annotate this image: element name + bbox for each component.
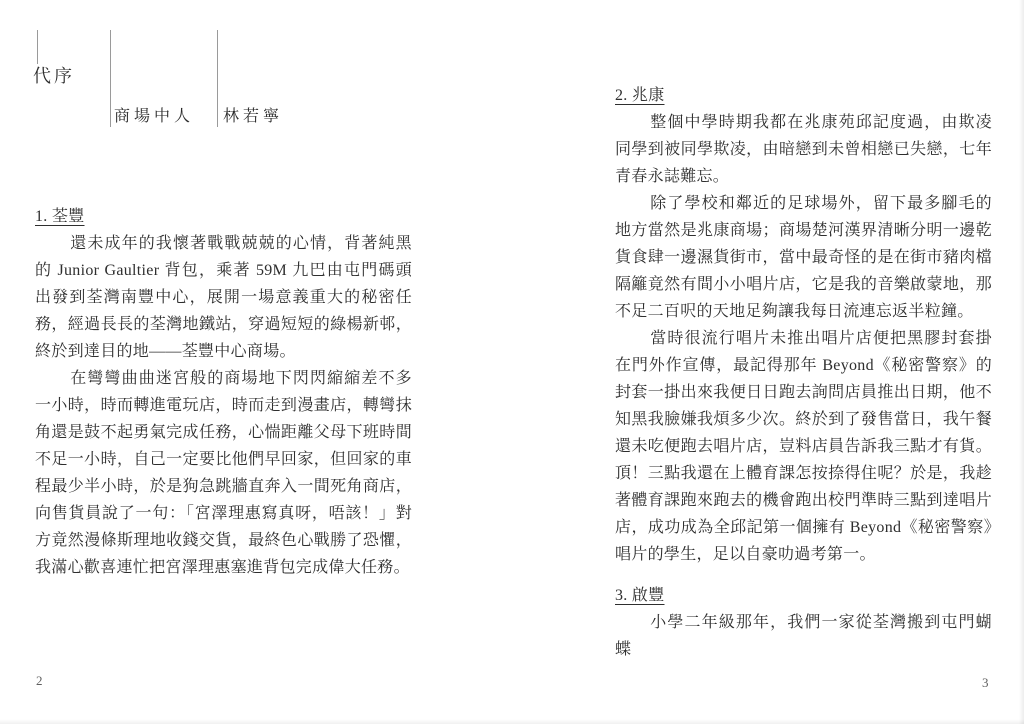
left-page-body: 1. 荃豐 還未成年的我懷著戰戰兢兢的心情，背著純黑的 Junior Gault… — [35, 203, 412, 581]
header-rule-2 — [110, 30, 111, 127]
preface-label: 代序 — [33, 62, 75, 88]
author-name: 林若寧 — [223, 103, 283, 126]
paragraph: 除了學校和鄰近的足球場外，留下最多腳毛的地方當然是兆康商場；商場楚河漢界清晰分明… — [615, 190, 992, 325]
scan-edge-right — [1019, 0, 1024, 724]
paragraph: 當時很流行唱片未推出唱片店便把黑膠封套掛在門外作宣傳，最記得那年 Beyond《… — [615, 325, 992, 568]
section-heading-1: 1. 荃豐 — [35, 203, 412, 230]
paragraph: 在彎彎曲曲迷宮般的商場地下閃閃縮縮差不多一小時，時而轉進電玩店，時而走到漫畫店，… — [35, 365, 412, 581]
paragraph: 整個中學時期我都在兆康苑邱記度過，由欺凌同學到被同學欺凌，由暗戀到未曾相戀已失戀… — [615, 109, 992, 190]
section-heading-2: 2. 兆康 — [615, 82, 992, 109]
section-heading-3: 3. 啟豐 — [615, 582, 992, 609]
header-rule-1 — [37, 30, 38, 64]
paragraph: 小學二年級那年，我們一家從荃灣搬到屯門蝴蝶 — [615, 609, 992, 663]
page-number-left: 2 — [36, 673, 43, 689]
paragraph: 還未成年的我懷著戰戰兢兢的心情，背著純黑的 Junior Gaultier 背包… — [35, 230, 412, 365]
right-page-body: 2. 兆康 整個中學時期我都在兆康苑邱記度過，由欺凌同學到被同學欺凌，由暗戀到未… — [615, 82, 992, 663]
scan-edge-bottom — [0, 719, 1024, 724]
book-title: 商場中人 — [114, 103, 194, 126]
page-number-right: 3 — [982, 675, 989, 691]
header-rule-3 — [217, 30, 218, 127]
